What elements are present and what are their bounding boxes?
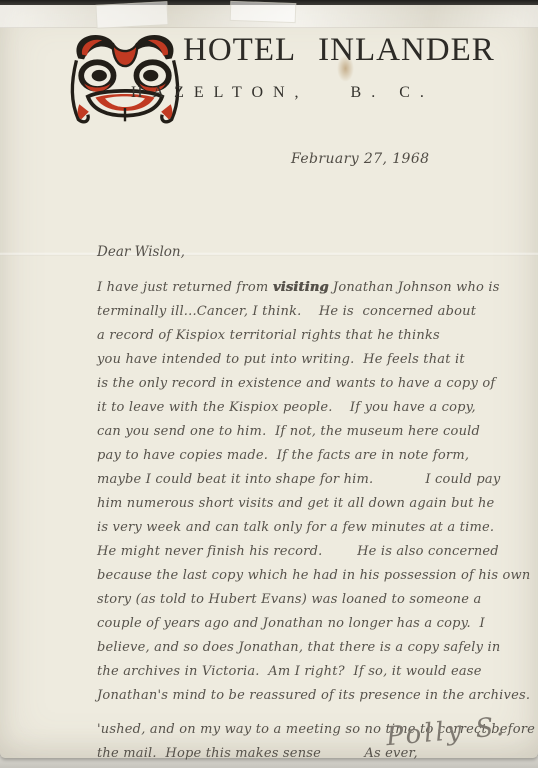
letter-line: He might never finish his record. He is …: [97, 540, 517, 564]
paper-crease: [0, 252, 538, 256]
hotel-location: HAZELTON, B. C.: [131, 84, 491, 102]
first-line-suffix: Jonathan Johnson who is: [329, 280, 500, 295]
hotel-name: HOTEL INLANDER: [183, 32, 483, 69]
formline-bear-mask-icon: [62, 28, 188, 128]
letter-line: Jonathan's mind to be reassured of its p…: [97, 684, 517, 708]
letter-line: him numerous short visits and get it all…: [97, 492, 517, 516]
letter-line: because the last copy which he had in hi…: [97, 564, 517, 588]
letter-line: is the only record in existence and want…: [97, 372, 517, 396]
overstruck-word: visiting: [273, 280, 329, 295]
letter-line: couple of years ago and Jonathan no long…: [97, 612, 517, 636]
letter-line: story (as told to Hubert Evans) was loan…: [97, 588, 517, 612]
letter-line: it to leave with the Kispiox people. If …: [97, 396, 517, 420]
letter-line: you have intended to put into writing. H…: [97, 348, 517, 372]
letter-date: February 27, 1968: [291, 151, 429, 167]
letter-line: believe, and so does Jonathan, that ther…: [97, 636, 517, 660]
letter-line: a record of Kispiox territorial rights t…: [97, 324, 517, 348]
letter-line: can you send one to him. If not, the mus…: [97, 420, 517, 444]
letter-line-first: I have just returned from visiting Jonat…: [97, 276, 517, 300]
letter-body: I have just returned from visiting Jonat…: [97, 276, 517, 766]
tape-mark: [230, 1, 297, 23]
letter-line: pay to have copies made. If the facts ar…: [97, 444, 517, 468]
letter-line: is very week and can talk only for a few…: [97, 516, 517, 540]
scanned-letter-page: HOTEL INLANDER HAZELTON, B. C. February …: [0, 0, 538, 768]
letter-paper: HOTEL INLANDER HAZELTON, B. C. February …: [0, 5, 538, 758]
first-line-prefix: I have just returned from: [97, 280, 273, 295]
letter-line: maybe I could beat it into shape for him…: [97, 468, 517, 492]
letter-line: the archives in Victoria. Am I right? If…: [97, 660, 517, 684]
letter-line: terminally ill...Cancer, I think. He is …: [97, 300, 517, 324]
tape-mark: [95, 1, 168, 29]
salutation: Dear Wislon,: [97, 244, 185, 260]
